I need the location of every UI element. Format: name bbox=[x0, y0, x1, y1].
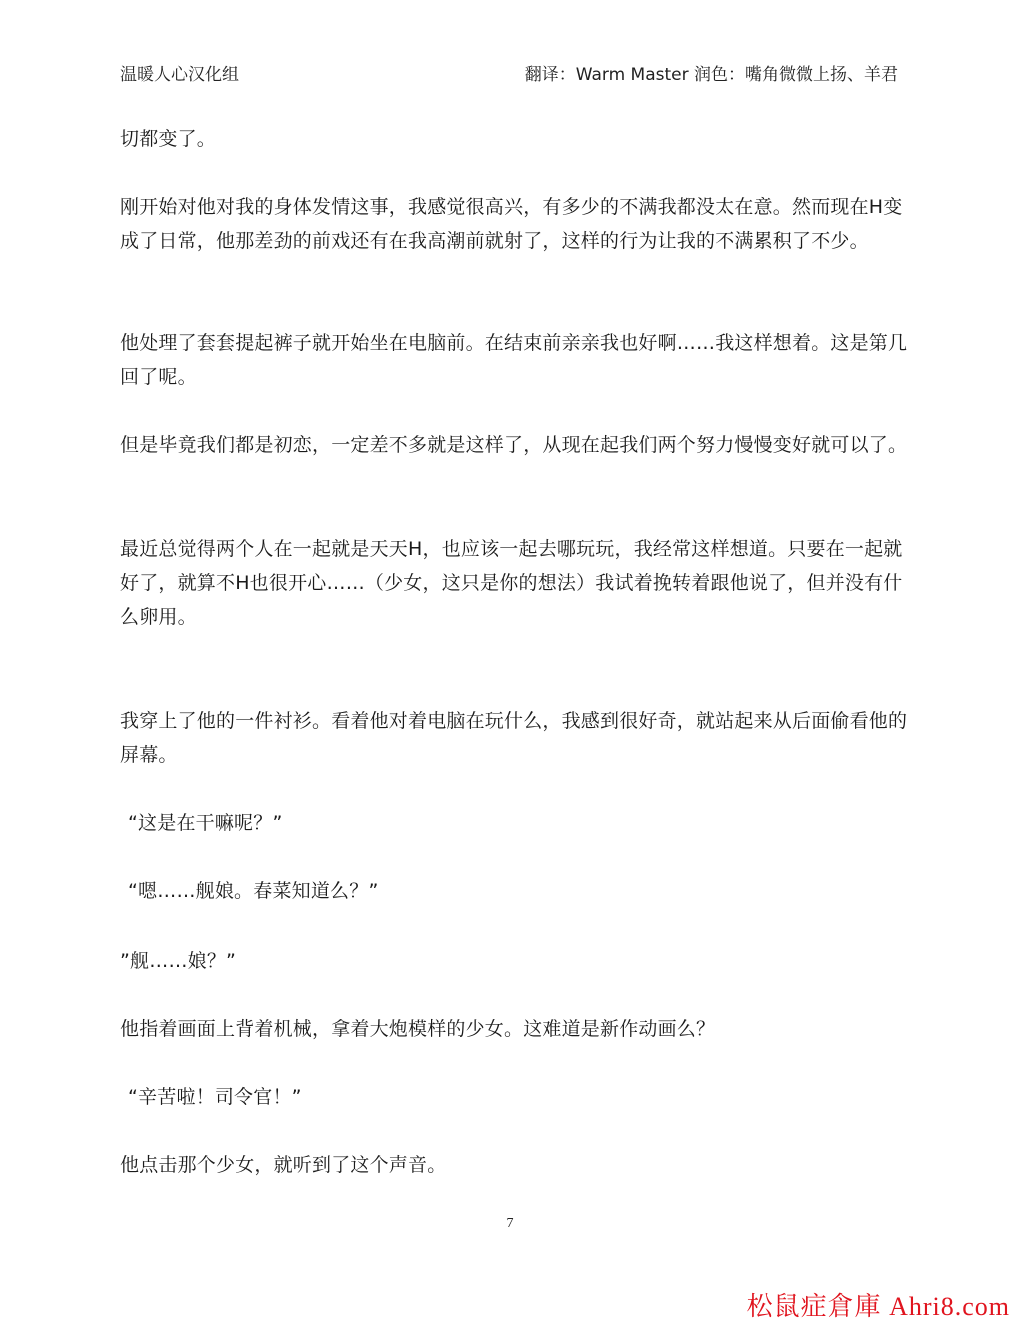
paragraph: 他处理了套套提起裤子就开始坐在电脑前。在结束前亲亲我也好啊……我这样想着。这是第… bbox=[120, 326, 910, 394]
paragraph: 他点击那个少女，就听到了这个声音。 bbox=[120, 1148, 910, 1182]
paragraph: 切都变了。 bbox=[120, 122, 910, 156]
paragraph: 最近总觉得两个人在一起就是天天H，也应该一起去哪玩玩，我经常这样想道。只要在一起… bbox=[120, 532, 910, 634]
dialogue-line: “辛苦啦！司令官！” bbox=[128, 1080, 918, 1114]
paragraph: 我穿上了他的一件衬衫。看着他对着电脑在玩什么，我感到很好奇，就站起来从后面偷看他… bbox=[120, 704, 910, 772]
group-name: 温暖人心汉化组 bbox=[120, 60, 239, 85]
dialogue-line: “这是在干嘛呢？” bbox=[128, 806, 918, 840]
dialogue-line: “嗯……舰娘。春菜知道么？” bbox=[128, 874, 918, 908]
credits: 翻译：Warm Master 润色：嘴角微微上扬、羊君 bbox=[525, 60, 898, 85]
page-number: 7 bbox=[0, 1216, 1020, 1232]
dialogue-line: ”舰……娘？” bbox=[120, 944, 910, 978]
paragraph: 他指着画面上背着机械，拿着大炮模样的少女。这难道是新作动画么？ bbox=[120, 1012, 910, 1046]
watermark: 松鼠症倉庫 Ahri8.com bbox=[747, 1286, 1010, 1320]
page-header: 温暖人心汉化组 翻译：Warm Master 润色：嘴角微微上扬、羊君 bbox=[120, 60, 898, 86]
paragraph: 但是毕竟我们都是初恋，一定差不多就是这样了，从现在起我们两个努力慢慢变好就可以了… bbox=[120, 428, 910, 462]
paragraph: 刚开始对他对我的身体发情这事，我感觉很高兴，有多少的不满我都没太在意。然而现在H… bbox=[120, 190, 910, 258]
